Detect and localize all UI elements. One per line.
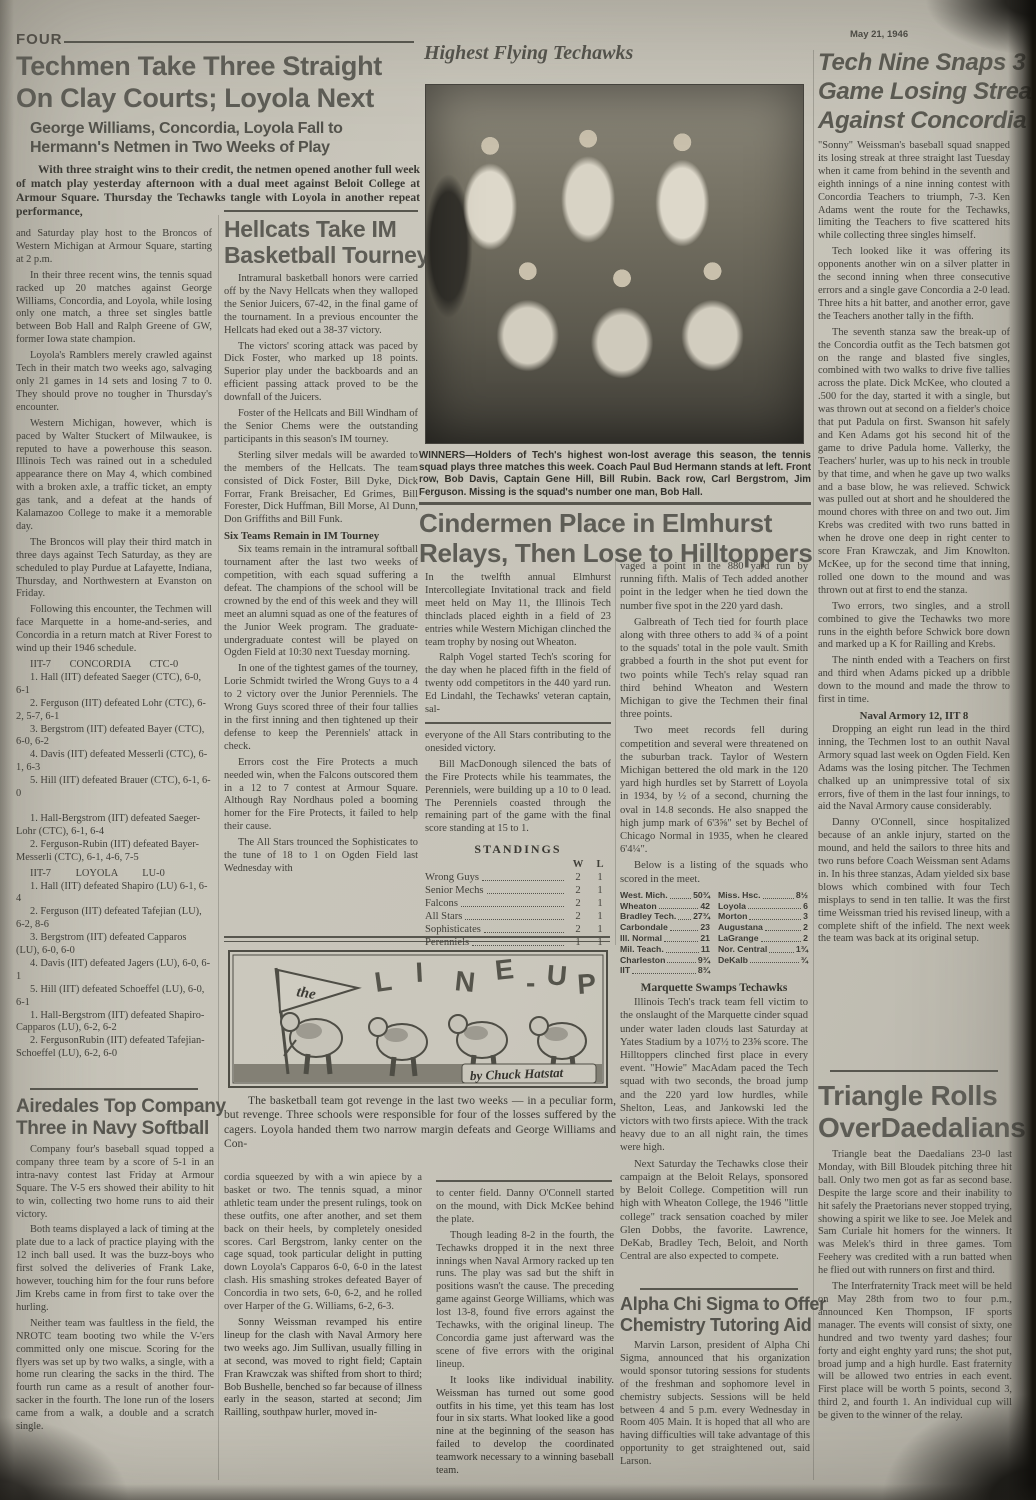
article-airedales: Airedales Top Company Three in Navy Soft… <box>16 1096 214 1437</box>
points: 2 <box>803 922 808 933</box>
score-row: Augustana2 <box>718 922 808 933</box>
team-name: Senior Mechs <box>425 884 484 897</box>
article-revenge-right-column: to center field. Danny O'Connell started… <box>436 1188 614 1481</box>
score-row: Loyola6 <box>718 901 808 912</box>
points: 23 <box>700 922 710 933</box>
article-revenge-lead: The basketball team got revenge in the l… <box>224 1094 616 1152</box>
paragraph: Two meet records fell during competition… <box>620 724 808 856</box>
score-row: Bradley Tech.27¾ <box>620 911 710 922</box>
losses: 1 <box>589 923 611 936</box>
score-row: Wheaton42 <box>620 901 710 912</box>
cindermen-headline-line1: Cindermen Place in Elmhurst <box>419 508 819 538</box>
technine-headline-line2: Game Losing Streak <box>818 77 1010 106</box>
article-triangle: Triangle Rolls OverDaedalians Triangle b… <box>818 1080 1012 1426</box>
result-line: 4. Davis (IIT) defeated Jagers (LU), 6-0… <box>16 958 212 984</box>
result-line: 5. Hill (IIT) defeated Brauer (CTC), 6-1… <box>16 775 212 801</box>
team-photo <box>425 84 804 444</box>
technine-headline-line3: Against Concordia <box>818 106 1010 135</box>
standings-col-l: L <box>589 859 611 870</box>
losses: 1 <box>589 884 611 897</box>
wins: 2 <box>567 923 589 936</box>
wins: 2 <box>567 884 589 897</box>
paragraph: In one of the tightest games of the tour… <box>224 663 418 753</box>
paragraph: Ralph Vogel started Tech's scoring for t… <box>425 652 611 717</box>
paragraph: Two errors, two singles, and a stroll co… <box>818 601 1010 653</box>
score-row: Carbondale23 <box>620 922 710 933</box>
standings-row: Wrong Guys21 <box>425 871 611 884</box>
paragraph: and Saturday play host to the Broncos of… <box>16 228 212 267</box>
match-score-heading: IIT-7 CONCORDIA CTC-0 <box>16 659 212 672</box>
result-line: 4. Davis (IIT) defeated Messerli (CTC), … <box>16 749 212 775</box>
standings-row: All Stars21 <box>425 910 611 923</box>
standings-row: Falcons21 <box>425 897 611 910</box>
paragraph: The victors' scoring attack was paced by… <box>224 341 418 406</box>
team-name: Bradley Tech. <box>620 911 676 922</box>
paragraph: everyone of the All Stars contributing t… <box>425 730 611 756</box>
photo-caption: WINNERS—Holders of Tech's highest won-lo… <box>419 450 811 499</box>
cartoon-letter: I <box>415 957 424 988</box>
wins: 2 <box>567 897 589 910</box>
score-row: Charleston9¾ <box>620 955 710 966</box>
article-techmen-header: Techmen Take Three Straight On Clay Cour… <box>16 50 420 219</box>
caption-rule <box>419 502 811 505</box>
column-rule <box>615 560 616 945</box>
section-rule <box>30 1088 198 1090</box>
team-name: Falcons <box>425 897 458 910</box>
points: 8¾ <box>698 965 710 976</box>
triangle-headline-line2: OverDaedalians <box>818 1112 1012 1144</box>
meet-scores-left-column: West. Mich.50¾ Wheaton42 Bradley Tech.27… <box>620 890 710 976</box>
paragraph: In the twelfth annual Elmhurst Intercoll… <box>425 572 611 649</box>
techmen-subhead-line1: George Williams, Concordia, Loyola Fall … <box>30 119 420 138</box>
team-name: Wheaton <box>620 901 657 912</box>
article-alpha-chi-sigma: Alpha Chi Sigma to Offer Chemistry Tutor… <box>620 1294 810 1472</box>
cartoon-letter: P <box>576 968 597 1000</box>
issue-date: May 21, 1946 <box>850 29 908 40</box>
paragraph: Marvin Larson, president of Alpha Chi Si… <box>620 1340 810 1469</box>
paragraph: The ninth ended with a Teachers on first… <box>818 655 1010 707</box>
points: 9¾ <box>698 955 710 966</box>
losses: 1 <box>589 871 611 884</box>
paragraph: Bill MacDonough silenced the bats of the… <box>425 759 611 836</box>
match-score-heading: IIT-7 LOYOLA LU-0 <box>16 868 212 881</box>
team-name: Perenniels <box>425 936 469 948</box>
article-hellcats: Hellcats Take IM Basketball Tourney Intr… <box>224 216 418 879</box>
page-edge-bottom <box>0 1484 1036 1500</box>
masthead-rule <box>64 41 414 43</box>
team-name: Mil. Teach. <box>620 944 664 955</box>
points: 11 <box>701 944 710 955</box>
lineup-cartoon-drawing: the L I N E - U P <box>230 952 606 1086</box>
paragraph: Following this encounter, the Techmen wi… <box>16 604 212 656</box>
lineup-cartoon: the L I N E - U P <box>228 950 608 1088</box>
techmen-subhead-line2: Hermann's Netmen in Two Weeks of Play <box>30 138 420 157</box>
marquette-subhead: Marquette Swamps Techawks <box>620 982 808 994</box>
meet-scores-right-column: Miss. Hsc.8½ Loyola6 Morton3 Augustana2 … <box>718 890 808 976</box>
page-number-label: FOUR <box>16 31 63 48</box>
team-name: Carbondale <box>620 922 668 933</box>
paragraph: Company four's baseball squad topped a c… <box>16 1144 214 1221</box>
points: 3 <box>803 911 808 922</box>
score-row: LaGrange2 <box>718 933 808 944</box>
standings-row: Sophisticates21 <box>425 923 611 936</box>
article-cindermen-headline: Cindermen Place in Elmhurst Relays, Then… <box>419 508 819 568</box>
points: ¾ <box>801 955 808 966</box>
paragraph: Next Saturday the Techawks close their c… <box>620 1158 808 1264</box>
airedales-headline-line2: Three in Navy Softball <box>16 1118 214 1140</box>
score-row: DeKalb¾ <box>718 955 808 966</box>
paragraph: cordia squeezed by with a win apiece by … <box>224 1172 422 1314</box>
column-rule <box>218 215 219 1480</box>
team-name: Miss. Hsc. <box>718 890 761 901</box>
paragraph: Illinois Tech's track team fell victim t… <box>620 996 808 1154</box>
paragraph: Both teams displayed a lack of timing at… <box>16 1224 214 1314</box>
standings-title: STANDINGS <box>425 842 611 857</box>
score-row: IIT8¾ <box>620 965 710 976</box>
section-rule <box>640 1288 798 1290</box>
points: 50¾ <box>693 890 710 901</box>
cindermen-column-a: In the twelfth annual Elmhurst Intercoll… <box>425 572 611 948</box>
losses: 1 <box>589 936 611 948</box>
cindermen-column-b: vaged a point in the 880 yard run by run… <box>620 560 808 1266</box>
team-name: Augustana <box>718 922 763 933</box>
standings-row: Senior Mechs21 <box>425 884 611 897</box>
paragraph: Galbreath of Tech tied for fourth place … <box>620 616 808 722</box>
paragraph: The seventh stanza saw the break-up of t… <box>818 327 1010 598</box>
score-row: West. Mich.50¾ <box>620 890 710 901</box>
result-line: 2. FergusonRubin (IIT) defeated Tafejian… <box>16 1035 212 1061</box>
tennis-results: IIT-7 CONCORDIA CTC-0 1. Hall (IIT) defe… <box>16 659 212 1061</box>
article-revenge-left-column: cordia squeezed by with a win apiece by … <box>224 1172 422 1423</box>
result-line: 5. Hill (IIT) defeated Schoeffel (LU), 6… <box>16 984 212 1010</box>
paragraph: Sonny Weissman revamped his entire lineu… <box>224 1317 422 1420</box>
paragraph: to center field. Danny O'Connell started… <box>436 1188 614 1227</box>
paragraph: Errors cost the Fire Protects a much nee… <box>224 757 418 834</box>
result-line: 2. Ferguson (IIT) defeated Lohr (CTC), 6… <box>16 698 212 724</box>
story-divider-rule <box>425 722 611 724</box>
score-row: Morton3 <box>718 911 808 922</box>
section-rule <box>830 1070 998 1072</box>
airedales-headline-line1: Airedales Top Company <box>16 1096 214 1118</box>
paragraph: Danny O'Connell, since hospitalized beca… <box>818 817 1010 946</box>
team-name: Sophisticates <box>425 923 481 936</box>
alpha-headline-line2: Chemistry Tutoring Aid <box>620 1315 810 1336</box>
article-techmen-body: and Saturday play host to the Broncos of… <box>16 228 212 1061</box>
wins: 2 <box>567 871 589 884</box>
page-edge-left <box>0 0 14 1500</box>
standings-col-w: W <box>567 859 589 870</box>
points: 27¾ <box>693 911 710 922</box>
paragraph: Foster of the Hellcats and Bill Windham … <box>224 408 418 447</box>
hellcats-headline-line1: Hellcats Take IM <box>224 216 418 242</box>
points: 2 <box>803 933 808 944</box>
team-name: LaGrange <box>718 933 759 944</box>
paragraph: Six teams remain in the intramural softb… <box>224 544 418 660</box>
team-name: All Stars <box>425 910 462 923</box>
paragraph: Tech looked like it was offering its opp… <box>818 246 1010 323</box>
hellcats-headline-line2: Basketball Tourney <box>224 242 418 268</box>
team-name: DeKalb <box>718 955 748 966</box>
score-row: Mil. Teach.11 <box>620 944 710 955</box>
paragraph: In their three recent wins, the tennis s… <box>16 270 212 347</box>
section-rule <box>224 210 418 212</box>
cartoon-letter: L <box>373 965 394 998</box>
team-name: Morton <box>718 911 747 922</box>
paragraph: The All Stars trounced the Sophisticates… <box>224 837 418 876</box>
wins: 1 <box>567 936 589 948</box>
points: 42 <box>700 901 710 912</box>
techmen-headline-line1: Techmen Take Three Straight <box>16 50 420 82</box>
score-row: Nor. Central1¾ <box>718 944 808 955</box>
hellcats-subhead: Six Teams Remain in IM Tourney <box>224 530 418 542</box>
paragraph: It looks like individual inability. Weis… <box>436 1375 614 1478</box>
score-row: Miss. Hsc.8½ <box>718 890 808 901</box>
photo-kicker: Highest Flying Techawks <box>424 42 633 65</box>
paragraph: "Sonny" Weissman's baseball squad snappe… <box>818 140 1010 243</box>
points: 6 <box>803 901 808 912</box>
paragraph: vaged a point in the 880 yard run by run… <box>620 560 808 613</box>
techmen-headline-line2: On Clay Courts; Loyola Next <box>16 82 420 114</box>
result-line: 3. Bergstrom (IIT) defeated Bayer (CTC),… <box>16 724 212 750</box>
points: 8½ <box>796 890 808 901</box>
points: 21 <box>700 933 710 944</box>
team-name: Charleston <box>620 955 665 966</box>
paragraph: Triangle beat the Daedalians 23-0 last M… <box>818 1149 1012 1278</box>
page-edge-right <box>1008 0 1036 1500</box>
paragraph: Western Michigan, however, which is pace… <box>16 418 212 534</box>
result-line: 1. Hall (IIT) defeated Shapiro (LU) 6-1,… <box>16 881 212 907</box>
team-name: Nor. Central <box>718 944 767 955</box>
paragraph: Dropping an eight run lead in the third … <box>818 724 1010 814</box>
paragraph: The Broncos will play their third match … <box>16 537 212 602</box>
wins: 2 <box>567 910 589 923</box>
section-rule <box>436 1180 612 1182</box>
result-line: 1. Hall-Bergstrom (IIT) defeated Saeger-… <box>16 813 212 839</box>
newspaper-page: FOUR May 21, 1946 Techmen Take Three Str… <box>0 0 1036 1500</box>
standings-row: Perenniels11 <box>425 936 611 948</box>
standings-table: STANDINGS W L Wrong Guys21 Senior Mechs2… <box>425 842 611 948</box>
naval-armory-subhead: Naval Armory 12, IIT 8 <box>818 710 1010 722</box>
cartoon-letter: - <box>526 967 535 998</box>
result-line: 2. Ferguson (IIT) defeated Tafejian (LU)… <box>16 906 212 932</box>
cartoon-letter: E <box>493 953 515 986</box>
losses: 1 <box>589 897 611 910</box>
triangle-headline-line1: Triangle Rolls <box>818 1080 1012 1112</box>
team-name: Loyola <box>718 901 746 912</box>
pennant-flag <box>278 970 358 1012</box>
paragraph: Intramural basketball honors were carrie… <box>224 273 418 338</box>
paragraph: Loyola's Ramblers merely crawled against… <box>16 350 212 415</box>
cartoon-letter: U <box>545 959 568 992</box>
points: 1¾ <box>796 944 808 955</box>
result-line: 1. Hall (IIT) defeated Saeger (CTC), 6-0… <box>16 672 212 698</box>
team-name: Wrong Guys <box>425 871 479 884</box>
paragraph: The basketball team got revenge in the l… <box>224 1094 616 1152</box>
result-line: 1. Hall-Bergstrom (IIT) defeated Shapiro… <box>16 1010 212 1036</box>
column-rule <box>813 50 814 1480</box>
alpha-headline-line1: Alpha Chi Sigma to Offer <box>620 1294 810 1315</box>
paragraph: Below is a listing of the squads who sco… <box>620 859 808 885</box>
losses: 1 <box>589 910 611 923</box>
team-name: West. Mich. <box>620 890 668 901</box>
result-line: 2. Ferguson-Rubin (IIT) defeated Bayer-M… <box>16 839 212 865</box>
team-name: IIT <box>620 965 630 976</box>
paragraph: Sterling silver medals will be awarded t… <box>224 450 418 527</box>
result-line: 3. Bergstrom (IIT) defeated Capparos (LU… <box>16 932 212 958</box>
team-name: Ill. Normal <box>620 933 662 944</box>
cartoon-letter: N <box>453 965 476 998</box>
article-tech-nine: Tech Nine Snaps 3 Game Losing Streak Aga… <box>818 48 1010 949</box>
page-corner-top-right <box>916 0 1036 60</box>
paragraph: Though leading 8-2 in the fourth, the Te… <box>436 1230 614 1372</box>
score-row: Ill. Normal21 <box>620 933 710 944</box>
pennant-label: the <box>295 984 317 1003</box>
meet-scores-table: West. Mich.50¾ Wheaton42 Bradley Tech.27… <box>620 890 808 976</box>
